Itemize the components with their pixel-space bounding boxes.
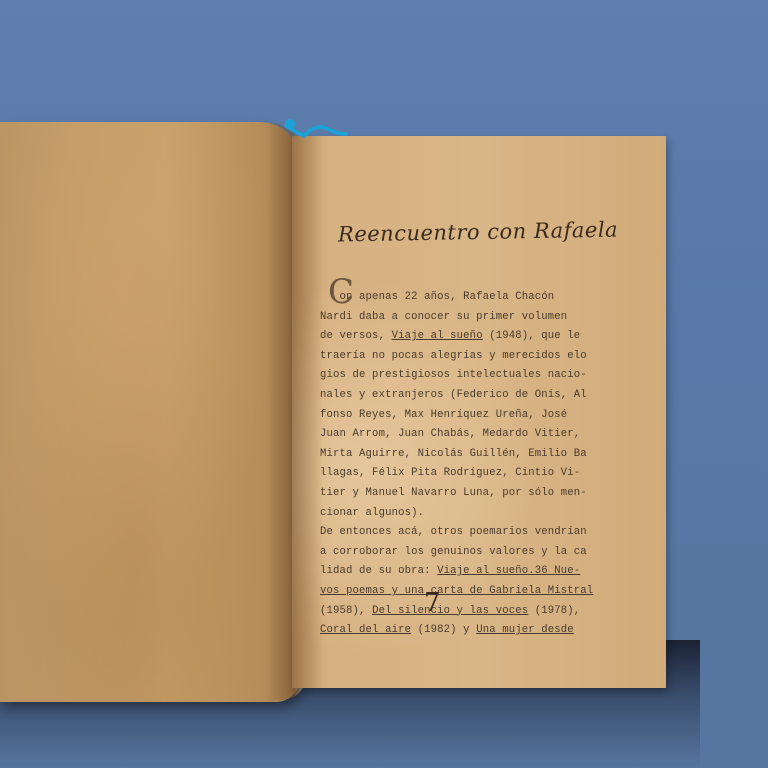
text-segment: (1978), xyxy=(528,605,580,617)
text-segment: (1958), xyxy=(320,605,372,617)
text-segment: De entonces acá, otros poemarios vendría… xyxy=(320,526,587,538)
text-segment: (1982) y xyxy=(411,624,476,636)
text-line: nales y extranjeros (Federico de Onís, A… xyxy=(320,386,620,406)
text-line: Juan Arrom, Juan Chabás, Medardo Vitier, xyxy=(320,425,620,445)
page-number: 7 xyxy=(424,588,441,618)
text-line: Nardi daba a conocer su primer volumen xyxy=(320,308,620,328)
handwritten-title: Reencuentro con Rafaela xyxy=(338,218,618,247)
text-line: fonso Reyes, Max Henríquez Ureña, José xyxy=(320,406,620,426)
text-segment: nales y extranjeros (Federico de Onís, A… xyxy=(320,389,587,401)
text-segment: traería no pocas alegrías y merecidos el… xyxy=(320,350,587,362)
text-line: Coral del aire (1982) y Una mujer desde xyxy=(320,621,620,641)
text-line: cionar algunos). xyxy=(320,504,620,524)
text-segment: fonso Reyes, Max Henríquez Ureña, José xyxy=(320,409,567,421)
typed-body-text: on apenas 22 años, Rafaela ChacónNardi d… xyxy=(320,288,620,641)
text-line: llagas, Félix Pita Rodríguez, Cintio Vi- xyxy=(320,464,620,484)
book-title-reference: Del silencio y las voces xyxy=(372,605,528,617)
text-segment: Juan Arrom, Juan Chabás, Medardo Vitier, xyxy=(320,428,580,440)
book-title-reference: Viaje al sueño.36 Nue- xyxy=(437,565,580,577)
book-title-reference: Viaje al sueño xyxy=(392,330,483,342)
text-segment: cionar algunos). xyxy=(320,507,424,519)
text-segment: de versos, xyxy=(320,330,392,342)
text-segment: lidad de su obra: xyxy=(320,565,437,577)
text-line: (1958), Del silencio y las voces (1978), xyxy=(320,602,620,622)
text-line: tier y Manuel Navarro Luna, por sólo men… xyxy=(320,484,620,504)
text-segment: on apenas 22 años, Rafaela Chacón xyxy=(320,291,554,303)
text-segment: tier y Manuel Navarro Luna, por sólo men… xyxy=(320,487,587,499)
text-line: vos poemas y una carta de Gabriela Mistr… xyxy=(320,582,620,602)
binding-thread-icon xyxy=(282,116,352,144)
text-line: lidad de su obra: Viaje al sueño.36 Nue- xyxy=(320,562,620,582)
text-segment: Nardi daba a conocer su primer volumen xyxy=(320,311,567,323)
text-line: traería no pocas alegrías y merecidos el… xyxy=(320,347,620,367)
text-line: on apenas 22 años, Rafaela Chacón xyxy=(320,288,620,308)
text-line: gios de prestigiosos intelectuales nacio… xyxy=(320,366,620,386)
text-segment: (1948), que le xyxy=(483,330,581,342)
book-title-reference: vos poemas y una carta de Gabriela Mistr… xyxy=(320,585,593,597)
book-gutter xyxy=(292,136,322,688)
text-segment: llagas, Félix Pita Rodríguez, Cintio Vi- xyxy=(320,467,580,479)
text-segment: gios de prestigiosos intelectuales nacio… xyxy=(320,369,587,381)
text-line: a corroborar los genuinos valores y la c… xyxy=(320,543,620,563)
book-title-reference: Coral del aire xyxy=(320,624,411,636)
text-line: Mirta Aguirre, Nicolás Guillén, Emilio B… xyxy=(320,445,620,465)
text-line: de versos, Viaje al sueño (1948), que le xyxy=(320,327,620,347)
left-page-blank xyxy=(0,122,300,702)
text-segment: Mirta Aguirre, Nicolás Guillén, Emilio B… xyxy=(320,448,587,460)
book-title-reference: Una mujer desde xyxy=(476,624,574,636)
text-line: De entonces acá, otros poemarios vendría… xyxy=(320,523,620,543)
text-segment: a corroborar los genuinos valores y la c… xyxy=(320,546,587,558)
